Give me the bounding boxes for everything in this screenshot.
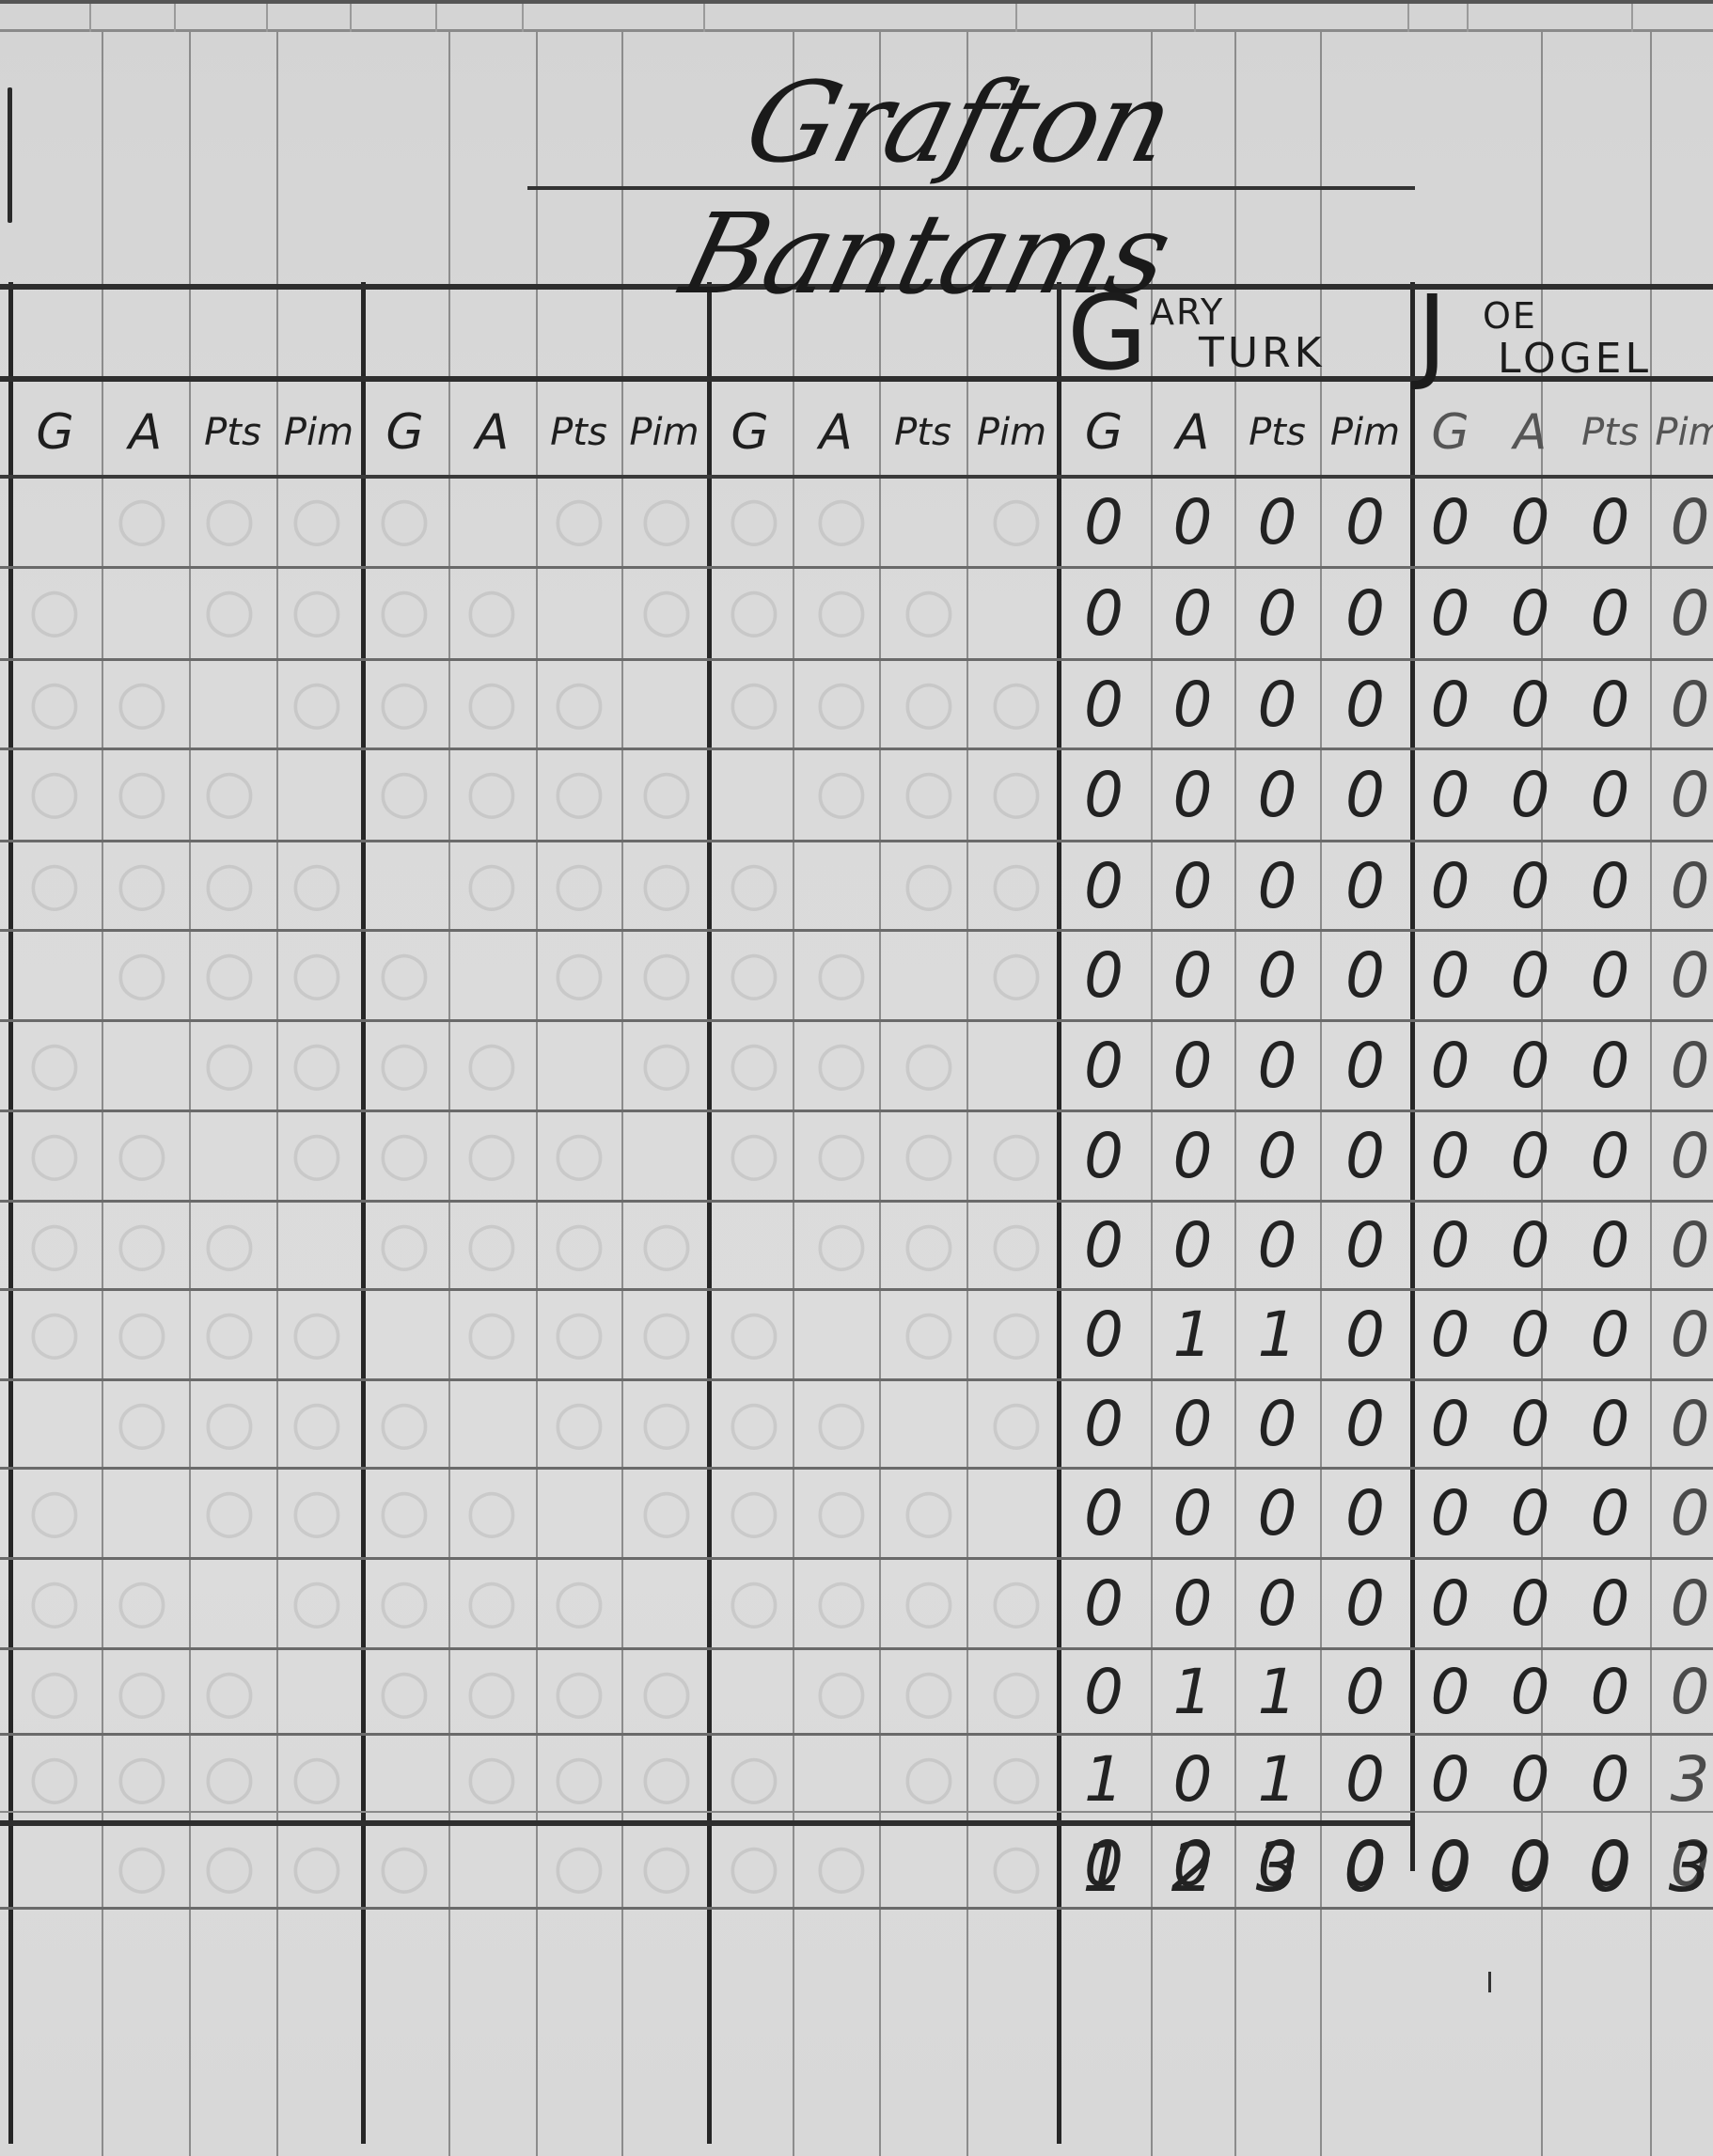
stat-cell: 0 bbox=[1234, 1472, 1320, 1555]
column-header-pim: Pim bbox=[276, 395, 361, 470]
stat-cell: 0 bbox=[1057, 664, 1151, 746]
row-rule bbox=[0, 1200, 1713, 1203]
bleed-through-glyph: ○ bbox=[28, 575, 81, 645]
bleed-through-glyph: ○ bbox=[203, 1832, 256, 1901]
bleed-through-glyph: ○ bbox=[291, 1742, 343, 1812]
bleed-through-glyph: ○ bbox=[116, 1209, 168, 1279]
column-header-pts: Pts bbox=[536, 395, 621, 470]
bleed-through-glyph: ○ bbox=[116, 484, 168, 554]
bleed-through-glyph: ○ bbox=[378, 1476, 431, 1546]
grid-column-line bbox=[967, 32, 968, 2156]
bleed-through-glyph: ○ bbox=[728, 1832, 780, 1901]
bleed-through-glyph: ○ bbox=[815, 1388, 868, 1457]
stat-cell: 0 bbox=[1490, 480, 1570, 564]
bleed-through-glyph: ○ bbox=[116, 1298, 168, 1367]
bleed-through-glyph: ○ bbox=[903, 1298, 955, 1367]
stat-cell: 0 bbox=[1650, 753, 1713, 838]
strip-tick bbox=[1407, 4, 1409, 32]
stat-cell: 0 bbox=[1650, 1294, 1713, 1377]
player-last-name: LOGEL bbox=[1498, 335, 1652, 383]
bleed-through-glyph: ○ bbox=[28, 1029, 81, 1098]
column-header-g: G bbox=[361, 395, 448, 470]
stat-cell: 0 bbox=[1650, 1653, 1713, 1731]
stat-cell: 0 bbox=[1650, 1563, 1713, 1645]
bleed-through-glyph: ○ bbox=[28, 1119, 81, 1188]
bleed-through-glyph: ○ bbox=[28, 1566, 81, 1636]
bleed-through-glyph: ○ bbox=[990, 757, 1043, 826]
bleed-through-glyph: ○ bbox=[728, 1388, 780, 1457]
stat-cell: 0 bbox=[1234, 1384, 1320, 1465]
stat-cell: 0 bbox=[1057, 572, 1151, 656]
bleed-through-glyph: ○ bbox=[903, 575, 955, 645]
stat-cell: 0 bbox=[1320, 1472, 1410, 1555]
section-divider-line bbox=[8, 282, 13, 2144]
stat-cell: 0 bbox=[1057, 1384, 1151, 1465]
player-last-name: TURK bbox=[1199, 329, 1326, 377]
stat-cell: 0 bbox=[1410, 1025, 1490, 1108]
bleed-through-glyph: ○ bbox=[553, 849, 605, 919]
section-divider-line bbox=[361, 282, 366, 2144]
bleed-through-glyph: ○ bbox=[291, 938, 343, 1008]
bleed-through-glyph: ○ bbox=[903, 1566, 955, 1636]
stat-cell: 0 bbox=[1320, 480, 1410, 564]
stat-cell: 0 bbox=[1320, 1025, 1410, 1108]
stat-cell: 0 bbox=[1057, 1205, 1151, 1286]
bleed-through-glyph: ○ bbox=[291, 849, 343, 919]
bleed-through-glyph: ○ bbox=[291, 1566, 343, 1636]
bleed-through-glyph: ○ bbox=[28, 668, 81, 737]
bleed-through-glyph: ○ bbox=[116, 938, 168, 1008]
player-initial: G bbox=[1067, 286, 1147, 380]
bleed-through-glyph: ○ bbox=[291, 1388, 343, 1457]
bleed-through-glyph: ○ bbox=[903, 1209, 955, 1279]
bleed-through-glyph: ○ bbox=[116, 1832, 168, 1901]
bleed-through-glyph: ○ bbox=[553, 1742, 605, 1812]
bleed-through-glyph: ○ bbox=[378, 938, 431, 1008]
bleed-through-glyph: ○ bbox=[815, 938, 868, 1008]
stat-cell: 0 bbox=[1057, 753, 1151, 838]
strip-tick bbox=[266, 4, 268, 32]
bleed-through-glyph: ○ bbox=[990, 1832, 1043, 1901]
stat-cell: 0 bbox=[1490, 1563, 1570, 1645]
strip-tick bbox=[1467, 4, 1469, 32]
column-header-a: A bbox=[448, 395, 536, 470]
stat-cell: 0 bbox=[1650, 1205, 1713, 1286]
stat-cell: 0 bbox=[1057, 1294, 1151, 1377]
stat-cell: 1 bbox=[1057, 1739, 1151, 1820]
bleed-through-glyph: ○ bbox=[28, 1742, 81, 1812]
strip-tick bbox=[89, 4, 91, 32]
bleed-through-glyph: ○ bbox=[903, 1657, 955, 1726]
bleed-through-glyph: ○ bbox=[728, 938, 780, 1008]
stat-cell: 0 bbox=[1410, 845, 1490, 927]
stat-cell: 0 bbox=[1570, 664, 1650, 746]
row-rule bbox=[0, 1378, 1713, 1381]
stat-cell: 0 bbox=[1570, 935, 1650, 1017]
bleed-through-glyph: ○ bbox=[640, 1476, 693, 1546]
bleed-through-glyph: ○ bbox=[903, 1119, 955, 1188]
strip-tick bbox=[174, 4, 176, 32]
stat-cell: 0 bbox=[1490, 1294, 1570, 1377]
bleed-through-glyph: ○ bbox=[203, 1029, 256, 1098]
column-header-g: G bbox=[1410, 395, 1490, 470]
stat-cell: 0 bbox=[1151, 845, 1234, 927]
bleed-through-glyph: ○ bbox=[815, 757, 868, 826]
stat-cell: 1 bbox=[1151, 1653, 1234, 1731]
bleed-through-glyph: ○ bbox=[378, 1029, 431, 1098]
column-header-a: A bbox=[1490, 395, 1570, 470]
stat-cell: 0 bbox=[1410, 753, 1490, 838]
bleed-through-glyph: ○ bbox=[640, 575, 693, 645]
bleed-through-glyph: ○ bbox=[728, 1119, 780, 1188]
total-cell: 3 bbox=[1234, 1828, 1320, 1907]
bleed-through-glyph: ○ bbox=[728, 1029, 780, 1098]
stat-cell: 1 bbox=[1234, 1294, 1320, 1377]
bleed-through-glyph: ○ bbox=[378, 757, 431, 826]
bleed-through-glyph: ○ bbox=[203, 1298, 256, 1367]
bleed-through-glyph: ○ bbox=[28, 1476, 81, 1546]
bleed-through-glyph: ○ bbox=[990, 938, 1043, 1008]
column-header-rule bbox=[0, 475, 1713, 479]
bleed-through-glyph: ○ bbox=[378, 1388, 431, 1457]
bleed-through-glyph: ○ bbox=[203, 1742, 256, 1812]
stat-cell: 0 bbox=[1057, 1025, 1151, 1108]
bleed-through-glyph: ○ bbox=[640, 484, 693, 554]
bleed-through-glyph: ○ bbox=[553, 1209, 605, 1279]
bleed-through-glyph: ○ bbox=[465, 1209, 518, 1279]
player-header-gary-turk: G ARY TURK bbox=[1067, 291, 1406, 376]
stat-cell: 0 bbox=[1490, 935, 1570, 1017]
bleed-through-glyph: ○ bbox=[378, 1209, 431, 1279]
stat-cell: 1 bbox=[1234, 1739, 1320, 1820]
stat-cell: 0 bbox=[1570, 1653, 1650, 1731]
bleed-through-glyph: ○ bbox=[903, 849, 955, 919]
strip-tick bbox=[703, 4, 705, 32]
strip-tick bbox=[1631, 4, 1633, 32]
bleed-through-glyph: ○ bbox=[116, 668, 168, 737]
bleed-through-glyph: ○ bbox=[465, 1566, 518, 1636]
stat-cell: 0 bbox=[1151, 1025, 1234, 1108]
column-header-pts: Pts bbox=[1570, 395, 1650, 470]
bleed-through-glyph: ○ bbox=[903, 668, 955, 737]
bleed-through-glyph: ○ bbox=[990, 668, 1043, 737]
bleed-through-glyph: ○ bbox=[465, 1742, 518, 1812]
bleed-through-glyph: ○ bbox=[203, 849, 256, 919]
column-header-pim: Pim bbox=[1320, 395, 1410, 470]
bleed-through-glyph: ○ bbox=[28, 1209, 81, 1279]
totals-bottom-rule bbox=[0, 1907, 1713, 1910]
bleed-through-glyph: ○ bbox=[640, 849, 693, 919]
stat-cell: 0 bbox=[1320, 845, 1410, 927]
bleed-through-glyph: ○ bbox=[203, 1388, 256, 1457]
stat-cell: 0 bbox=[1570, 480, 1650, 564]
bleed-through-glyph: ○ bbox=[553, 1388, 605, 1457]
stat-cell: 0 bbox=[1490, 1739, 1570, 1820]
player-header-joe-logel: J OE LOGEL bbox=[1415, 291, 1713, 376]
total-cell: 0 bbox=[1570, 1828, 1650, 1907]
stat-cell: 0 bbox=[1151, 572, 1234, 656]
bleed-through-glyph: ○ bbox=[553, 1566, 605, 1636]
bleed-through-glyph: ○ bbox=[728, 484, 780, 554]
bleed-through-glyph: ○ bbox=[203, 938, 256, 1008]
player-initial: J bbox=[1417, 286, 1447, 380]
stat-cell: 0 bbox=[1234, 1205, 1320, 1286]
bleed-through-glyph: ○ bbox=[815, 668, 868, 737]
stat-cell: 0 bbox=[1151, 664, 1234, 746]
stat-cell: 0 bbox=[1320, 1115, 1410, 1198]
column-header-g: G bbox=[8, 395, 102, 470]
stat-cell: 0 bbox=[1650, 935, 1713, 1017]
bleed-through-glyph: ○ bbox=[203, 484, 256, 554]
bleed-through-glyph: ○ bbox=[553, 484, 605, 554]
bleed-through-glyph: ○ bbox=[990, 484, 1043, 554]
bleed-through-glyph: ○ bbox=[990, 1209, 1043, 1279]
bleed-through-glyph: ○ bbox=[465, 849, 518, 919]
bleed-through-glyph: ○ bbox=[903, 757, 955, 826]
row-rule bbox=[0, 748, 1713, 750]
bleed-through-glyph: ○ bbox=[465, 1298, 518, 1367]
stat-cell: 0 bbox=[1650, 572, 1713, 656]
stat-cell: 0 bbox=[1490, 1205, 1570, 1286]
stat-cell: 0 bbox=[1234, 572, 1320, 656]
strip-tick bbox=[350, 4, 352, 32]
stat-cell: 0 bbox=[1570, 1472, 1650, 1555]
bleed-through-glyph: ○ bbox=[116, 849, 168, 919]
stat-cell: 0 bbox=[1650, 1115, 1713, 1198]
stat-cell: 0 bbox=[1320, 1294, 1410, 1377]
bleed-through-glyph: ○ bbox=[728, 1476, 780, 1546]
bleed-through-glyph: ○ bbox=[553, 668, 605, 737]
bleed-through-glyph: ○ bbox=[378, 484, 431, 554]
bleed-through-glyph: ○ bbox=[815, 1566, 868, 1636]
bleed-through-glyph: ○ bbox=[465, 1657, 518, 1726]
column-header-a: A bbox=[793, 395, 879, 470]
bleed-through-glyph: ○ bbox=[815, 1657, 868, 1726]
bleed-through-glyph: ○ bbox=[203, 1209, 256, 1279]
total-cell: 0 bbox=[1410, 1828, 1490, 1907]
bleed-through-glyph: ○ bbox=[553, 1298, 605, 1367]
stat-cell: 0 bbox=[1151, 1472, 1234, 1555]
bleed-through-glyph: ○ bbox=[640, 1209, 693, 1279]
stat-cell: 0 bbox=[1320, 753, 1410, 838]
stat-cell: 0 bbox=[1151, 935, 1234, 1017]
stat-cell: 0 bbox=[1320, 664, 1410, 746]
grid-column-line bbox=[879, 32, 881, 2156]
total-cell: 0 bbox=[1490, 1828, 1570, 1907]
strip-tick bbox=[1015, 4, 1017, 32]
stat-cell: 0 bbox=[1320, 935, 1410, 1017]
stat-cell: 0 bbox=[1490, 1115, 1570, 1198]
row-rule bbox=[0, 840, 1713, 842]
bleed-through-glyph: ○ bbox=[728, 1742, 780, 1812]
stat-cell: 0 bbox=[1057, 935, 1151, 1017]
column-header-g: G bbox=[707, 395, 793, 470]
bleed-through-glyph: ○ bbox=[640, 1742, 693, 1812]
stat-cell: 0 bbox=[1151, 480, 1234, 564]
bleed-through-glyph: ○ bbox=[116, 1119, 168, 1188]
grid-column-line bbox=[189, 32, 191, 2156]
bleed-through-glyph: ○ bbox=[640, 938, 693, 1008]
bleed-through-glyph: ○ bbox=[116, 1742, 168, 1812]
stat-cell: 0 bbox=[1151, 1205, 1234, 1286]
stat-cell: 0 bbox=[1057, 1115, 1151, 1198]
stat-cell: 0 bbox=[1490, 664, 1570, 746]
bleed-through-glyph: ○ bbox=[203, 1657, 256, 1726]
stat-cell: 0 bbox=[1490, 845, 1570, 927]
row-rule bbox=[0, 1109, 1713, 1112]
bleed-through-glyph: ○ bbox=[553, 938, 605, 1008]
stat-cell: 1 bbox=[1234, 1653, 1320, 1731]
row-rule bbox=[0, 1733, 1713, 1736]
total-cell: 2 bbox=[1151, 1828, 1234, 1907]
stat-cell: 0 bbox=[1570, 1739, 1650, 1820]
bleed-through-glyph: ○ bbox=[116, 757, 168, 826]
stat-cell: 0 bbox=[1320, 1739, 1410, 1820]
column-header-pim: Pim bbox=[1650, 395, 1713, 470]
bleed-through-glyph: ○ bbox=[291, 1832, 343, 1901]
total-cell: 1 bbox=[1057, 1828, 1151, 1907]
bleed-through-glyph: ○ bbox=[903, 1742, 955, 1812]
bleed-through-glyph: ○ bbox=[640, 1388, 693, 1457]
row-rule bbox=[0, 1019, 1713, 1022]
bleed-through-glyph: ○ bbox=[815, 1119, 868, 1188]
bleed-through-glyph: ○ bbox=[28, 1298, 81, 1367]
stat-cell: 0 bbox=[1490, 753, 1570, 838]
stat-cell: 0 bbox=[1151, 1563, 1234, 1645]
stat-cell: 0 bbox=[1410, 1115, 1490, 1198]
stat-cell: 0 bbox=[1057, 845, 1151, 927]
bleed-through-glyph: ○ bbox=[990, 1388, 1043, 1457]
bleed-through-glyph: ○ bbox=[728, 575, 780, 645]
column-header-pim: Pim bbox=[621, 395, 707, 470]
stat-cell: 0 bbox=[1650, 845, 1713, 927]
stat-cell: 0 bbox=[1234, 1563, 1320, 1645]
bleed-through-glyph: ○ bbox=[815, 484, 868, 554]
stat-cell: 0 bbox=[1410, 1384, 1490, 1465]
stat-cell: 0 bbox=[1410, 1205, 1490, 1286]
stat-cell: 0 bbox=[1410, 480, 1490, 564]
bleed-through-glyph: ○ bbox=[990, 1657, 1043, 1726]
stat-cell: 0 bbox=[1320, 1205, 1410, 1286]
bleed-through-glyph: ○ bbox=[291, 1476, 343, 1546]
row-rule bbox=[0, 1557, 1713, 1560]
column-header-pim: Pim bbox=[967, 395, 1057, 470]
stat-cell: 0 bbox=[1320, 1563, 1410, 1645]
strip-tick bbox=[1194, 4, 1196, 32]
stat-cell: 0 bbox=[1570, 1025, 1650, 1108]
bleed-through-glyph: ○ bbox=[28, 1657, 81, 1726]
strip-tick bbox=[435, 4, 437, 32]
bleed-through-glyph: ○ bbox=[378, 1119, 431, 1188]
column-header-pts: Pts bbox=[1234, 395, 1320, 470]
grid-column-line bbox=[102, 32, 103, 2156]
bleed-through-glyph: ○ bbox=[465, 575, 518, 645]
title-underline bbox=[527, 186, 1415, 190]
player-first-name: OE bbox=[1483, 295, 1537, 337]
bleed-through-glyph: ○ bbox=[465, 1029, 518, 1098]
total-cell: 0 bbox=[1320, 1828, 1410, 1907]
stat-cell: 0 bbox=[1320, 1653, 1410, 1731]
total-cell: 3 bbox=[1650, 1828, 1713, 1907]
bleed-through-glyph: ○ bbox=[728, 849, 780, 919]
bleed-through-glyph: ○ bbox=[990, 1742, 1043, 1812]
bleed-through-glyph: ○ bbox=[553, 757, 605, 826]
bleed-through-glyph: ○ bbox=[990, 1566, 1043, 1636]
stat-cell: 0 bbox=[1057, 1653, 1151, 1731]
column-header-a: A bbox=[1151, 395, 1234, 470]
bleed-through-glyph: ○ bbox=[728, 1298, 780, 1367]
bleed-through-glyph: ○ bbox=[640, 1029, 693, 1098]
bleed-through-glyph: ○ bbox=[990, 849, 1043, 919]
stat-cell: 0 bbox=[1410, 1472, 1490, 1555]
bleed-through-glyph: ○ bbox=[291, 668, 343, 737]
stat-cell: 0 bbox=[1057, 480, 1151, 564]
stat-cell: 0 bbox=[1410, 664, 1490, 746]
stat-cell: 3 bbox=[1650, 1739, 1713, 1820]
grid-column-line bbox=[536, 32, 538, 2156]
player-first-name: ARY bbox=[1150, 291, 1224, 333]
bleed-through-glyph: ○ bbox=[640, 1832, 693, 1901]
section-divider-line bbox=[707, 282, 712, 2144]
stat-cell: 0 bbox=[1570, 1115, 1650, 1198]
bleed-through-glyph: ○ bbox=[378, 1657, 431, 1726]
stat-cell: 0 bbox=[1057, 1472, 1151, 1555]
column-header-pts: Pts bbox=[189, 395, 276, 470]
page-title: Grafton Bantams bbox=[586, 56, 1333, 188]
stat-cell: 0 bbox=[1234, 1115, 1320, 1198]
stat-cell: 0 bbox=[1151, 753, 1234, 838]
stat-cell: 0 bbox=[1570, 845, 1650, 927]
column-header-a: A bbox=[102, 395, 189, 470]
column-header-g: G bbox=[1057, 395, 1151, 470]
bleed-through-glyph: ○ bbox=[903, 1476, 955, 1546]
stat-cell: 0 bbox=[1650, 664, 1713, 746]
bleed-through-glyph: ○ bbox=[728, 1566, 780, 1636]
bleed-through-glyph: ○ bbox=[990, 1298, 1043, 1367]
stat-cell: 0 bbox=[1570, 1563, 1650, 1645]
bleed-through-glyph: ○ bbox=[465, 1119, 518, 1188]
stat-cell: 0 bbox=[1410, 1739, 1490, 1820]
stat-cell: 0 bbox=[1234, 1025, 1320, 1108]
stat-cell: 0 bbox=[1410, 572, 1490, 656]
stat-cell: 0 bbox=[1490, 572, 1570, 656]
stat-cell: 0 bbox=[1490, 1472, 1570, 1555]
stat-cell: 0 bbox=[1234, 753, 1320, 838]
bleed-through-glyph: ○ bbox=[378, 668, 431, 737]
stat-cell: 0 bbox=[1650, 1025, 1713, 1108]
stat-cell: 0 bbox=[1151, 1115, 1234, 1198]
stat-cell: 0 bbox=[1490, 1025, 1570, 1108]
row-rule bbox=[0, 658, 1713, 661]
stat-cell: 0 bbox=[1234, 664, 1320, 746]
stat-cell: 0 bbox=[1410, 1563, 1490, 1645]
bleed-through-glyph: ○ bbox=[116, 1566, 168, 1636]
bleed-through-glyph: ○ bbox=[465, 757, 518, 826]
row-rule bbox=[0, 1467, 1713, 1470]
bleed-through-glyph: ○ bbox=[116, 1388, 168, 1457]
stat-cell: 0 bbox=[1650, 1472, 1713, 1555]
stat-cell: 0 bbox=[1151, 1739, 1234, 1820]
bleed-through-glyph: ○ bbox=[378, 1832, 431, 1901]
stat-cell: 0 bbox=[1234, 845, 1320, 927]
stat-cell: 0 bbox=[1570, 753, 1650, 838]
bleed-through-glyph: ○ bbox=[378, 1566, 431, 1636]
bleed-through-glyph: ○ bbox=[291, 575, 343, 645]
bleed-through-glyph: ○ bbox=[465, 1476, 518, 1546]
bleed-through-glyph: ○ bbox=[553, 1657, 605, 1726]
bleed-through-glyph: ○ bbox=[553, 1119, 605, 1188]
stat-cell: 0 bbox=[1320, 1384, 1410, 1465]
